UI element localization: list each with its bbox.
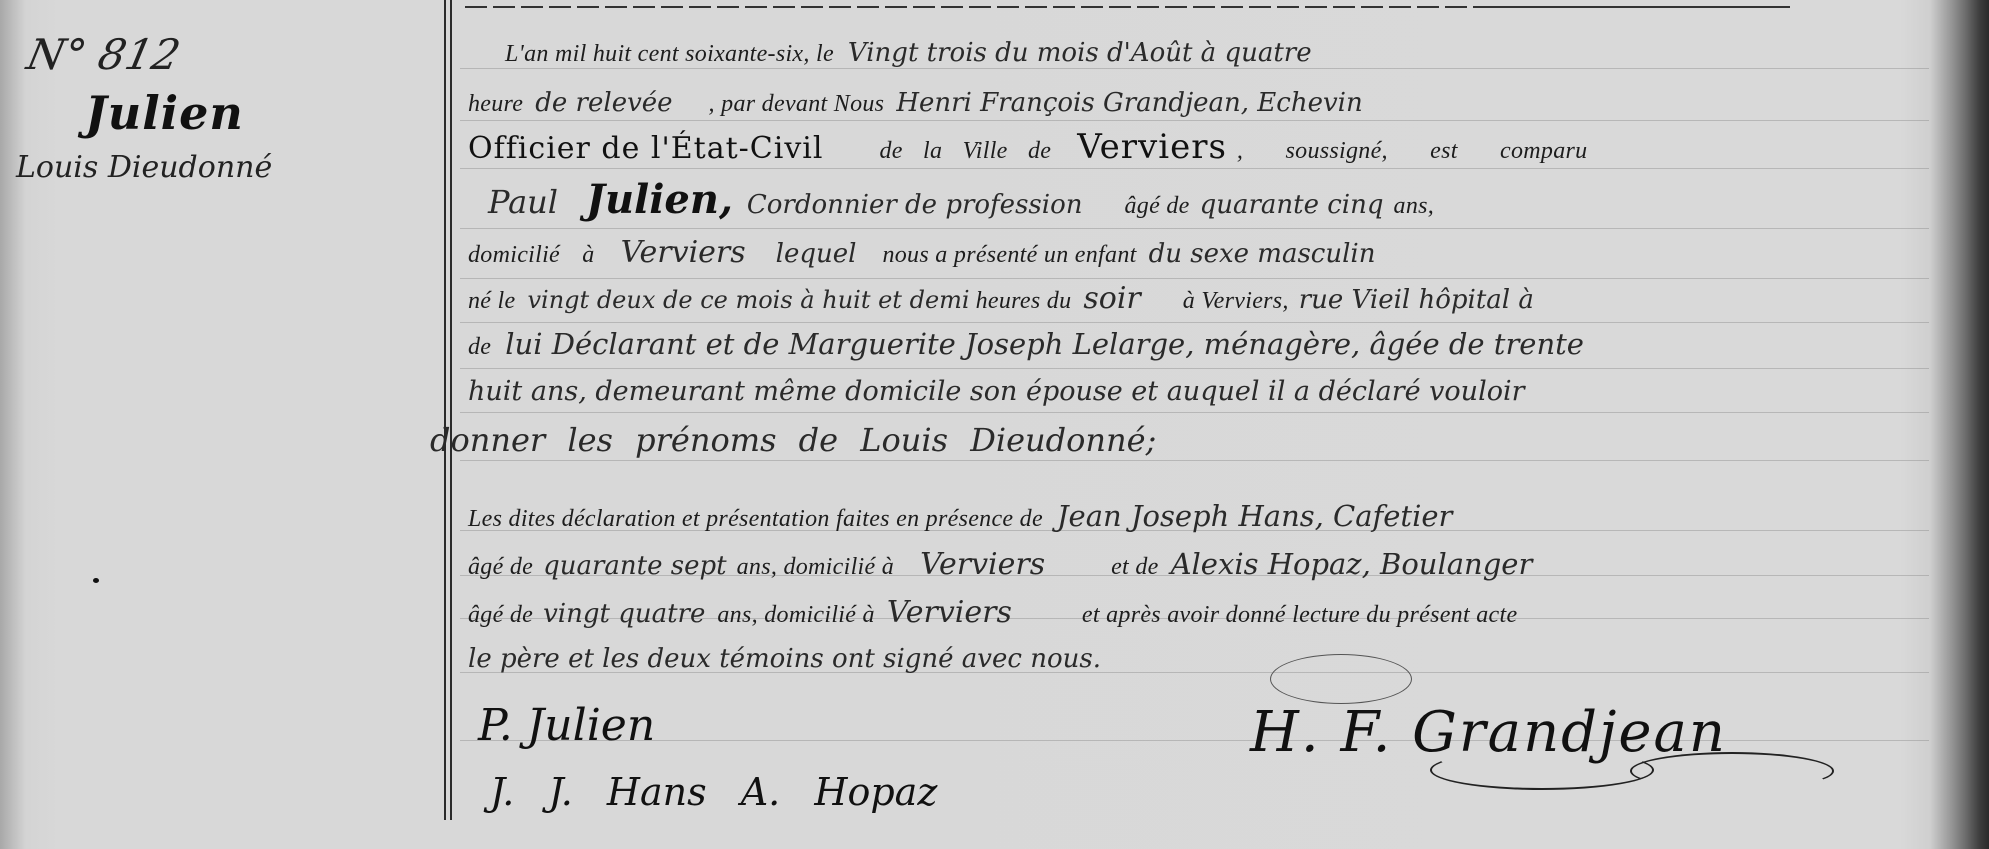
handwritten-text: Alexis Hopaz, Boulanger: [1171, 547, 1533, 581]
signature-flourish: [1430, 750, 1654, 790]
ink-spot: [93, 578, 99, 583]
printed-text: nous a présenté un enfant: [882, 242, 1136, 268]
text-line-11: âgé de quarante sept ans, domicilié à Ve…: [468, 550, 1532, 580]
printed-text: né le: [468, 288, 515, 314]
text-line-5: domicilié à Verviers lequel nous a prése…: [468, 238, 1375, 268]
top-separator-line: [1490, 6, 1790, 8]
ruled-line: [460, 168, 1929, 169]
handwritten-text: rue Vieil hôpital à: [1299, 285, 1534, 315]
handwritten-text: Paul: [488, 183, 558, 221]
margin-given-names: Louis Dieudonné: [16, 150, 272, 185]
ruled-line: [460, 412, 1929, 413]
printed-heading: Officier de l'État-Civil: [468, 131, 823, 166]
printed-text: à Verviers,: [1183, 288, 1289, 314]
margin-rule: [444, 0, 446, 820]
handwritten-text: le père et les deux témoins ont signé av…: [468, 644, 1101, 674]
handwritten-text: lequel: [776, 239, 857, 269]
text-line-10: Les dites déclaration et présentation fa…: [468, 502, 1452, 531]
printed-text: de: [468, 334, 491, 360]
handwritten-text: Cordonnier de profession: [747, 190, 1083, 220]
printed-text: et après avoir donné lecture du présent …: [1082, 602, 1518, 628]
ruled-line: [460, 460, 1929, 461]
register-page: N° 812 Julien Louis Dieudonné L'an mil h…: [0, 0, 1989, 849]
text-line-7: de lui Déclarant et de Marguerite Joseph…: [468, 330, 1584, 359]
handwritten-text: huit ans, demeurant même domicile son ép…: [468, 376, 1525, 407]
text-line-3: Officier de l'État-Civil de la Ville de …: [468, 130, 1587, 164]
text-line-9: donner les prénoms de Louis Dieudonné;: [430, 424, 1156, 456]
handwritten-text: vingt deux de ce mois à huit et demi: [527, 286, 969, 314]
printed-text: ans, domicilié à: [717, 602, 874, 628]
ruled-line: [460, 120, 1929, 121]
text-line-12: âgé de vingt quatre ans, domicilié à Ver…: [468, 598, 1517, 628]
handwritten-text: soir: [1083, 281, 1140, 316]
ruled-line: [460, 68, 1929, 69]
handwritten-text: Jean Joseph Hans, Cafetier: [1057, 499, 1452, 533]
signature-father: P. Julien: [478, 700, 655, 751]
printed-text: âgé de: [468, 602, 533, 628]
record-number: N° 812: [23, 30, 185, 79]
handwritten-text: lui Déclarant et de Marguerite Joseph Le…: [505, 327, 1584, 361]
city-name: Verviers: [1077, 127, 1227, 167]
handwritten-text: de relevée: [535, 88, 672, 118]
handwritten-text: donner les prénoms de Louis Dieudonné;: [430, 421, 1156, 459]
printed-text: ans,: [1394, 193, 1435, 219]
printed-text: et de: [1111, 554, 1158, 580]
printed-text: de la Ville de: [879, 138, 1051, 164]
margin-surname: Julien: [85, 86, 244, 140]
handwritten-text: du sexe masculin: [1149, 239, 1376, 269]
text-line-4: Paul Julien, Cordonnier de profession âg…: [488, 180, 1434, 220]
text-line-1: L'an mil huit cent soixante-six, le Ving…: [505, 40, 1312, 66]
printed-text: , par devant Nous: [709, 91, 885, 117]
ruled-line: [460, 368, 1929, 369]
printed-text: âgé de: [468, 554, 533, 580]
ruled-line: [460, 322, 1929, 323]
printed-text: , soussigné, est comparu: [1237, 138, 1588, 164]
printed-text: L'an mil huit cent soixante-six, le: [505, 41, 834, 67]
handwritten-text: vingt quatre: [543, 599, 705, 629]
handwritten-text: Verviers: [887, 595, 1012, 630]
printed-text: domicilié à: [468, 242, 595, 268]
signature-flourish: [1270, 654, 1412, 704]
handwritten-text: Verviers: [621, 235, 746, 270]
handwritten-text: Henri François Grandjean, Echevin: [896, 88, 1362, 118]
handwritten-text: quarante cinq: [1200, 190, 1384, 220]
text-line-6: né le vingt deux de ce mois à huit et de…: [468, 284, 1534, 314]
printed-text: ans, domicilié à: [737, 554, 894, 580]
printed-text: heure: [468, 91, 523, 117]
text-line-2: heure de relevée , par devant Nous Henri…: [468, 90, 1363, 116]
handwritten-text: quarante sept: [543, 551, 727, 581]
ruled-line: [460, 278, 1929, 279]
text-line-13: le père et les deux témoins ont signé av…: [468, 646, 1101, 672]
printed-text: heures du: [976, 288, 1072, 314]
father-surname: Julien,: [586, 176, 733, 223]
signature-flourish: [1630, 752, 1834, 790]
text-line-8: huit ans, demeurant même domicile son ép…: [468, 378, 1525, 405]
printed-text: âgé de: [1124, 193, 1189, 219]
printed-text: Les dites déclaration et présentation fa…: [468, 506, 1043, 532]
handwritten-text: Verviers: [920, 547, 1045, 582]
signature-witnesses: J. J. Hans A. Hopaz: [490, 770, 937, 814]
handwritten-text: Vingt trois du mois d'Août à quatre: [848, 38, 1312, 68]
ruled-line: [460, 228, 1929, 229]
margin-rule: [450, 0, 452, 820]
